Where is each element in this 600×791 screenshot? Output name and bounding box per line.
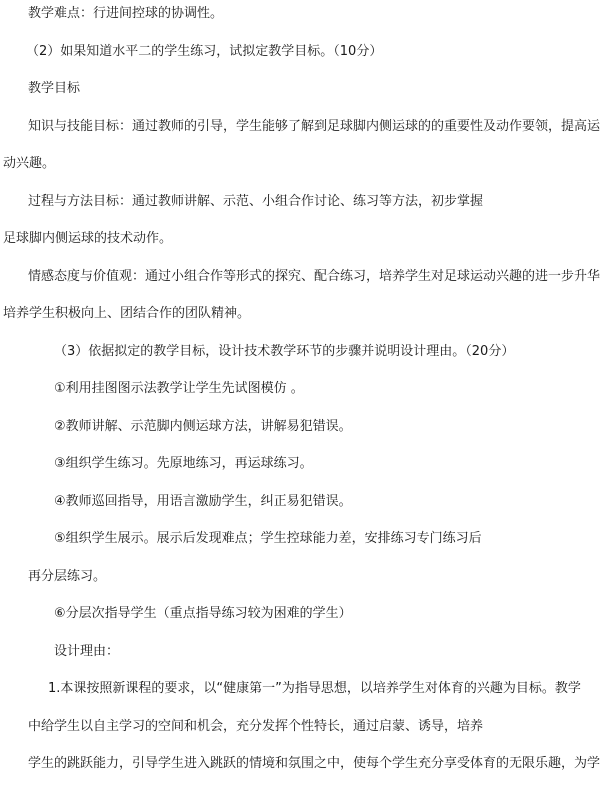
rationale-1-cont: 中给学生以自主学习的空间和机会，充分发挥个性特长，通过启蒙、诱导，培养 [28, 719, 483, 735]
process-method-goal: 过程与方法目标：通过教师讲解、示范、小组合作讨论、练习等方法，初步掌握 [28, 194, 483, 210]
question-3: （3）依据拟定的教学目标，设计技术教学环节的步骤并说明设计理由。（20分） [54, 344, 514, 360]
step-5-cont: 再分层练习。 [28, 569, 106, 585]
step-3: ③组织学生练习。先原地练习，再运球练习。 [54, 456, 313, 472]
emotion-value-goal: 情感态度与价值观：通过小组合作等形式的探究、配合练习，培养学生对足球运动兴趣的进… [28, 269, 600, 285]
question-2: （2）如果知道水平二的学生练习，试拟定教学目标。（10分） [26, 44, 382, 60]
step-2: ②教师讲解、示范脚内侧运球方法，讲解易犯错误。 [54, 419, 352, 435]
process-method-goal-cont: 足球脚内侧运球的技术动作。 [3, 231, 172, 247]
design-rationale-heading: 设计理由： [54, 644, 119, 660]
step-6: ⑥分层次指导学生（重点指导练习较为困难的学生） [54, 606, 352, 622]
rationale-1: 1.本课按照新课程的要求，以“健康第一”为指导思想，以培养学生对体育的兴趣为目标… [48, 681, 581, 697]
knowledge-skill-goal-cont: 动兴趣。 [3, 156, 55, 172]
step-4: ④教师巡回指导，用语言激励学生，纠正易犯错误。 [54, 494, 352, 510]
step-1: ①利用挂图图示法教学让学生先试图模仿 。 [54, 381, 304, 397]
knowledge-skill-goal: 知识与技能目标：通过教师的引导，学生能够了解到足球脚内侧运球的的重要性及动作要领… [28, 119, 600, 135]
heading-teaching-goals: 教学目标 [28, 81, 80, 97]
step-5: ⑤组织学生展示。展示后发现难点；学生控球能力差，安排练习专门练习后 [54, 531, 482, 547]
teaching-difficulty: 教学难点：行进间控球的协调性。 [28, 6, 223, 22]
rationale-1-cont-2: 学生的跳跃能力，引导学生进入跳跃的情境和氛围之中，使每个学生充分享受体育的无限乐… [28, 756, 600, 772]
emotion-value-goal-cont: 培养学生积极向上、团结合作的团队精神。 [3, 306, 250, 322]
